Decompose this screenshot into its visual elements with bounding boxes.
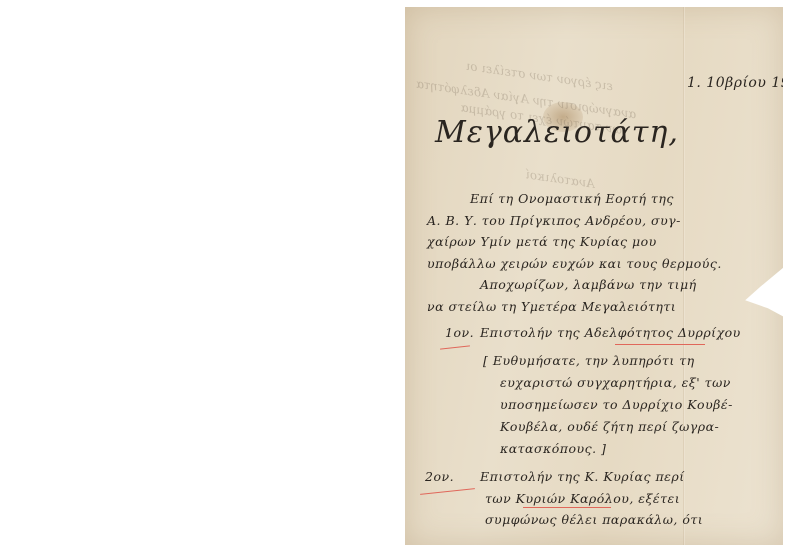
text-line: ευχαριστώ συγχαρητήρια, εξ' των — [500, 375, 731, 390]
text-line: υποβάλλω χειρών ευχών και τους θερμούς. — [427, 256, 722, 271]
text-line: Επί τη Ονομαστική Εορτή της — [470, 191, 674, 206]
text-line: Αποχωρίζων, λαμβάνω την τιμή — [480, 277, 697, 292]
text-line: των Κυριών Καρόλου, εξέτει — [485, 491, 680, 506]
red-pencil-mark — [420, 488, 475, 495]
text-line: Επιστολήν της Κ. Κυρίας περί — [480, 469, 685, 484]
item-number: 2ον. — [425, 469, 454, 484]
text-line: κατασκόπους. ] — [500, 441, 606, 456]
underline-mark — [523, 507, 611, 508]
text-line: Κουβέλα, ουδέ ζήτη περί ζωγρα- — [500, 419, 719, 434]
item-number: 1ον. — [445, 325, 474, 340]
text-line: υποσημείωσεν το Δυρρίχιο Κουβέ- — [500, 397, 733, 412]
text-line: Α. Β. Υ. του Πρίγκιπος Ανδρέου, συγ- — [427, 213, 681, 228]
text-line: χαίρων Υμίν μετά της Κυρίας μου — [427, 234, 657, 249]
red-pencil-mark — [440, 345, 470, 349]
paper-fold — [683, 7, 685, 545]
letter-date: 1. 10βρίου 1911. — [687, 75, 800, 91]
underline-mark — [615, 344, 705, 345]
salutation: Μεγαλειοτάτη, — [435, 115, 679, 150]
text-line: [ Ευθυμήσατε, την λυπηρότι τη — [483, 353, 695, 368]
letter-page: εις έργον των στείλει οι αναγνώρισιν την… — [405, 7, 783, 545]
text-line: Επιστολήν της Αδελφότητος Δυρρίχου — [480, 325, 741, 340]
bleed-through-text: Ανατολικοί — [524, 167, 595, 191]
text-line: συμφώνως θέλει παρακάλω, ότι — [485, 512, 703, 527]
text-line: να στείλω τη Υμετέρα Μεγαλειότητι — [427, 299, 676, 314]
